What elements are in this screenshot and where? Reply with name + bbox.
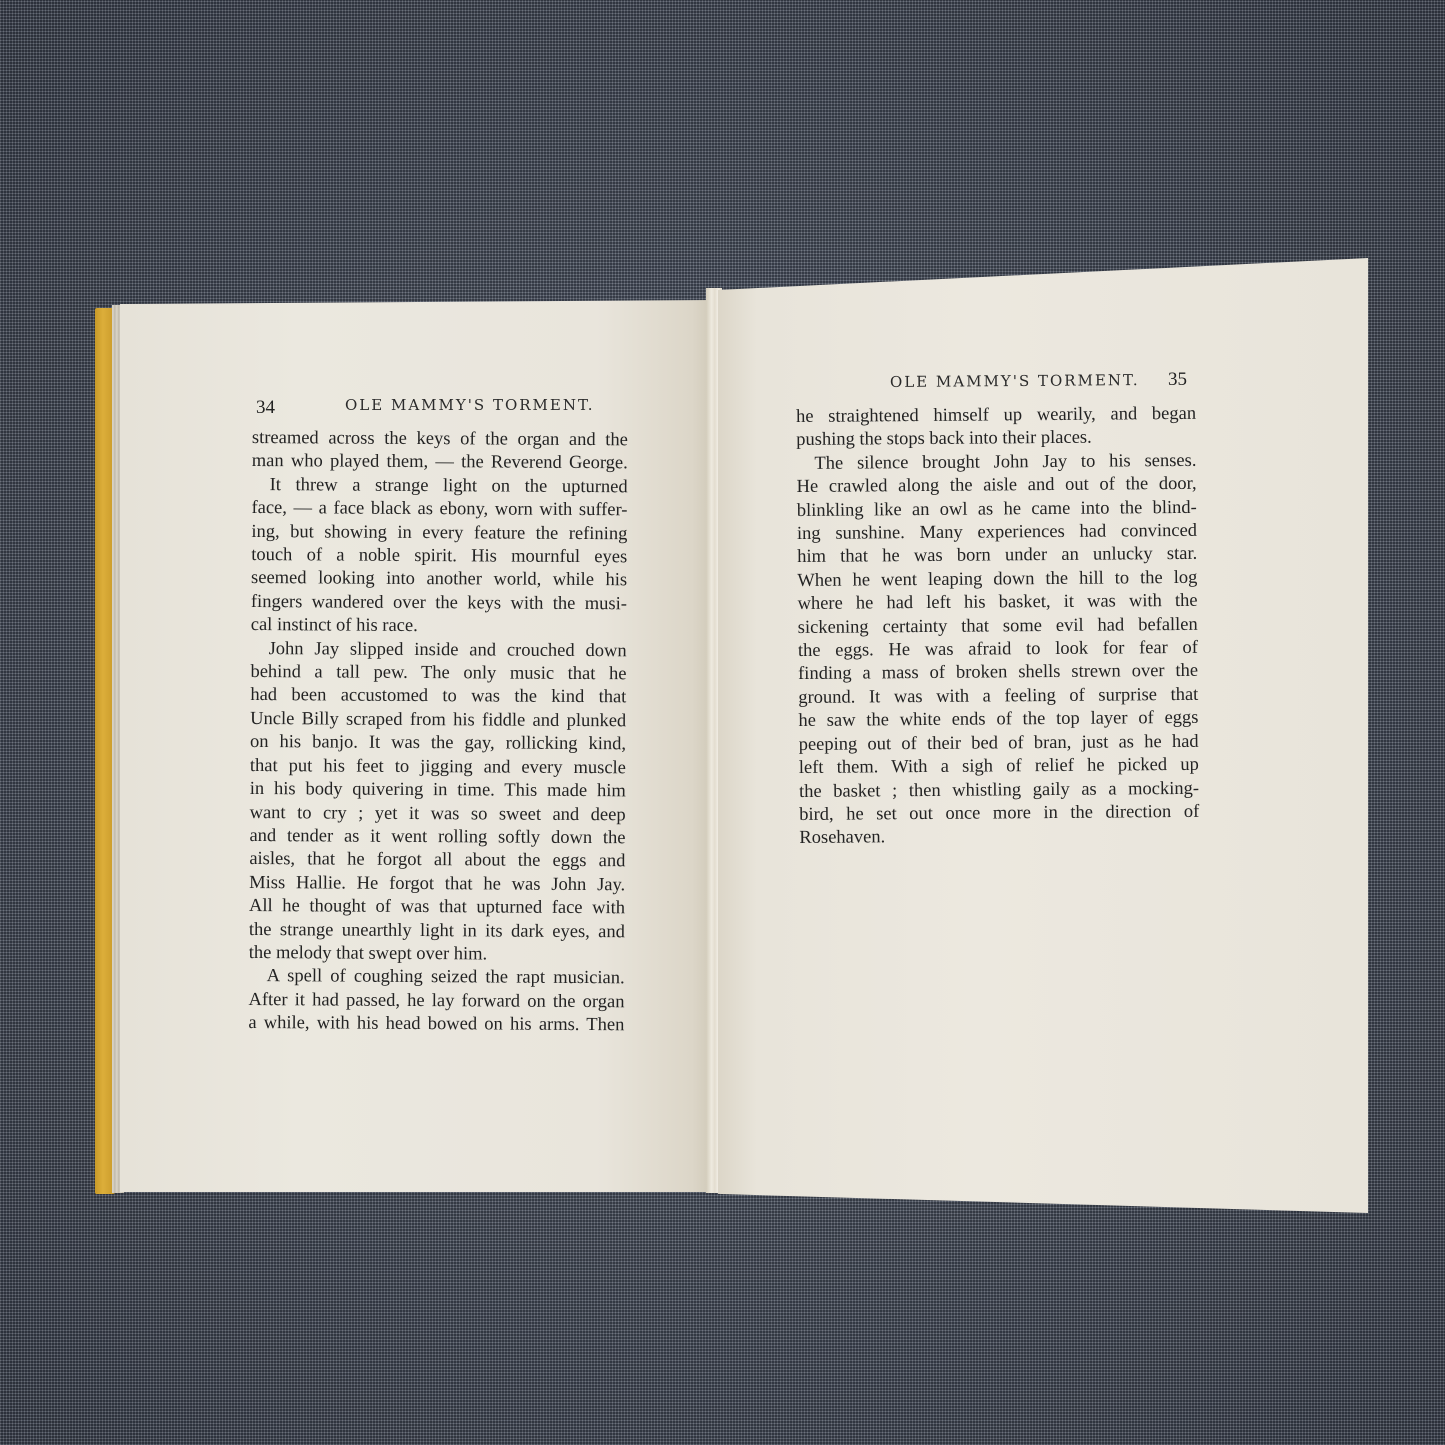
text-line: Rosehaven. [799, 824, 1199, 851]
text-line: and tender as it went rolling softly dow… [249, 825, 625, 851]
right-running-head: OLE MAMMY'S TORMENT. [890, 371, 1140, 391]
text-line: fingers wandered over the keys with the … [251, 591, 627, 617]
text-line: on his banjo. It was the gay, rollicking… [250, 731, 626, 757]
text-line: A spell of coughing seized the rapt musi… [249, 965, 625, 991]
text-line: aisles, that he forgot all about the egg… [249, 848, 625, 874]
text-line: the strange unearthly light in its dark … [249, 919, 625, 945]
text-line: cal instinct of his race. [251, 614, 627, 640]
text-line: bird, he set out once more in the direct… [799, 801, 1199, 828]
text-line: ing, but showing in every feature the re… [251, 521, 627, 547]
text-line: ing sunshine. Many experiences had convi… [797, 520, 1197, 547]
text-line: face, — a face black as ebony, worn with… [251, 497, 627, 523]
open-book: 34 OLE MAMMY'S TORMENT. streamed across … [0, 0, 1445, 1445]
text-line: All he thought of was that upturned face… [249, 895, 625, 921]
text-line: the basket ; then whistling gaily as a m… [799, 777, 1199, 804]
text-line: the eggs. He was afraid to look for fear… [798, 637, 1198, 664]
text-line: When he went leaping down the hill to th… [797, 567, 1197, 594]
text-line: he saw the white ends of the top layer o… [798, 707, 1198, 734]
text-line: blinkling like an owl as he came into th… [797, 496, 1197, 523]
text-line: pushing the stops back into their places… [796, 426, 1196, 453]
text-line: had been accustomed to was the kind that [250, 684, 626, 710]
text-line: Miss Hallie. He forgot that he was John … [249, 872, 625, 898]
text-line: sickening certainty that some evil had b… [798, 614, 1198, 641]
text-line: want to cry ; yet it was so sweet and de… [250, 801, 626, 827]
text-line: where he had left his basket, it was wit… [797, 590, 1197, 617]
text-line: The silence brought John Jay to his sens… [796, 450, 1196, 477]
text-line: finding a mass of broken shells strewn o… [798, 660, 1198, 687]
left-running-head: OLE MAMMY'S TORMENT. [345, 396, 595, 414]
text-line: It threw a strange light on the upturned [252, 474, 628, 500]
text-line: that put his feet to jigging and every m… [250, 755, 626, 781]
text-line: peeping out of their bed of bran, just a… [799, 731, 1199, 758]
left-page-body-text: streamed across the keys of the organ an… [248, 427, 628, 1038]
text-line: the melody that swept over him. [249, 942, 625, 968]
text-line: John Jay slipped inside and crouched dow… [251, 638, 627, 664]
text-line: in his body quivering in time. This made… [250, 778, 626, 804]
text-line: seemed looking into another world, while… [251, 567, 627, 593]
text-line: behind a tall pew. The only music that h… [250, 661, 626, 687]
text-line: After it had passed, he lay forward on t… [248, 989, 624, 1015]
right-page-number: 35 [1168, 369, 1187, 391]
right-page-body-text: he straightened himself up wearily, and … [796, 403, 1199, 851]
left-page-number: 34 [256, 397, 275, 419]
text-line: ground. It was with a feeling of surpris… [798, 684, 1198, 711]
text-line: him that he was born under an unlucky st… [797, 543, 1197, 570]
text-line: He crawled along the aisle and out of th… [797, 473, 1197, 500]
text-line: man who played them, — the Reverend Geor… [252, 450, 628, 476]
text-line: left them. With a sigh of relief he pick… [799, 754, 1199, 781]
text-line: Uncle Billy scraped from his fiddle and … [250, 708, 626, 734]
text-line: a while, with his head bowed on his arms… [248, 1012, 624, 1038]
text-line: touch of a noble spirit. His mournful ey… [251, 544, 627, 570]
text-line: he straightened himself up wearily, and … [796, 403, 1196, 430]
text-line: streamed across the keys of the organ an… [252, 427, 628, 453]
